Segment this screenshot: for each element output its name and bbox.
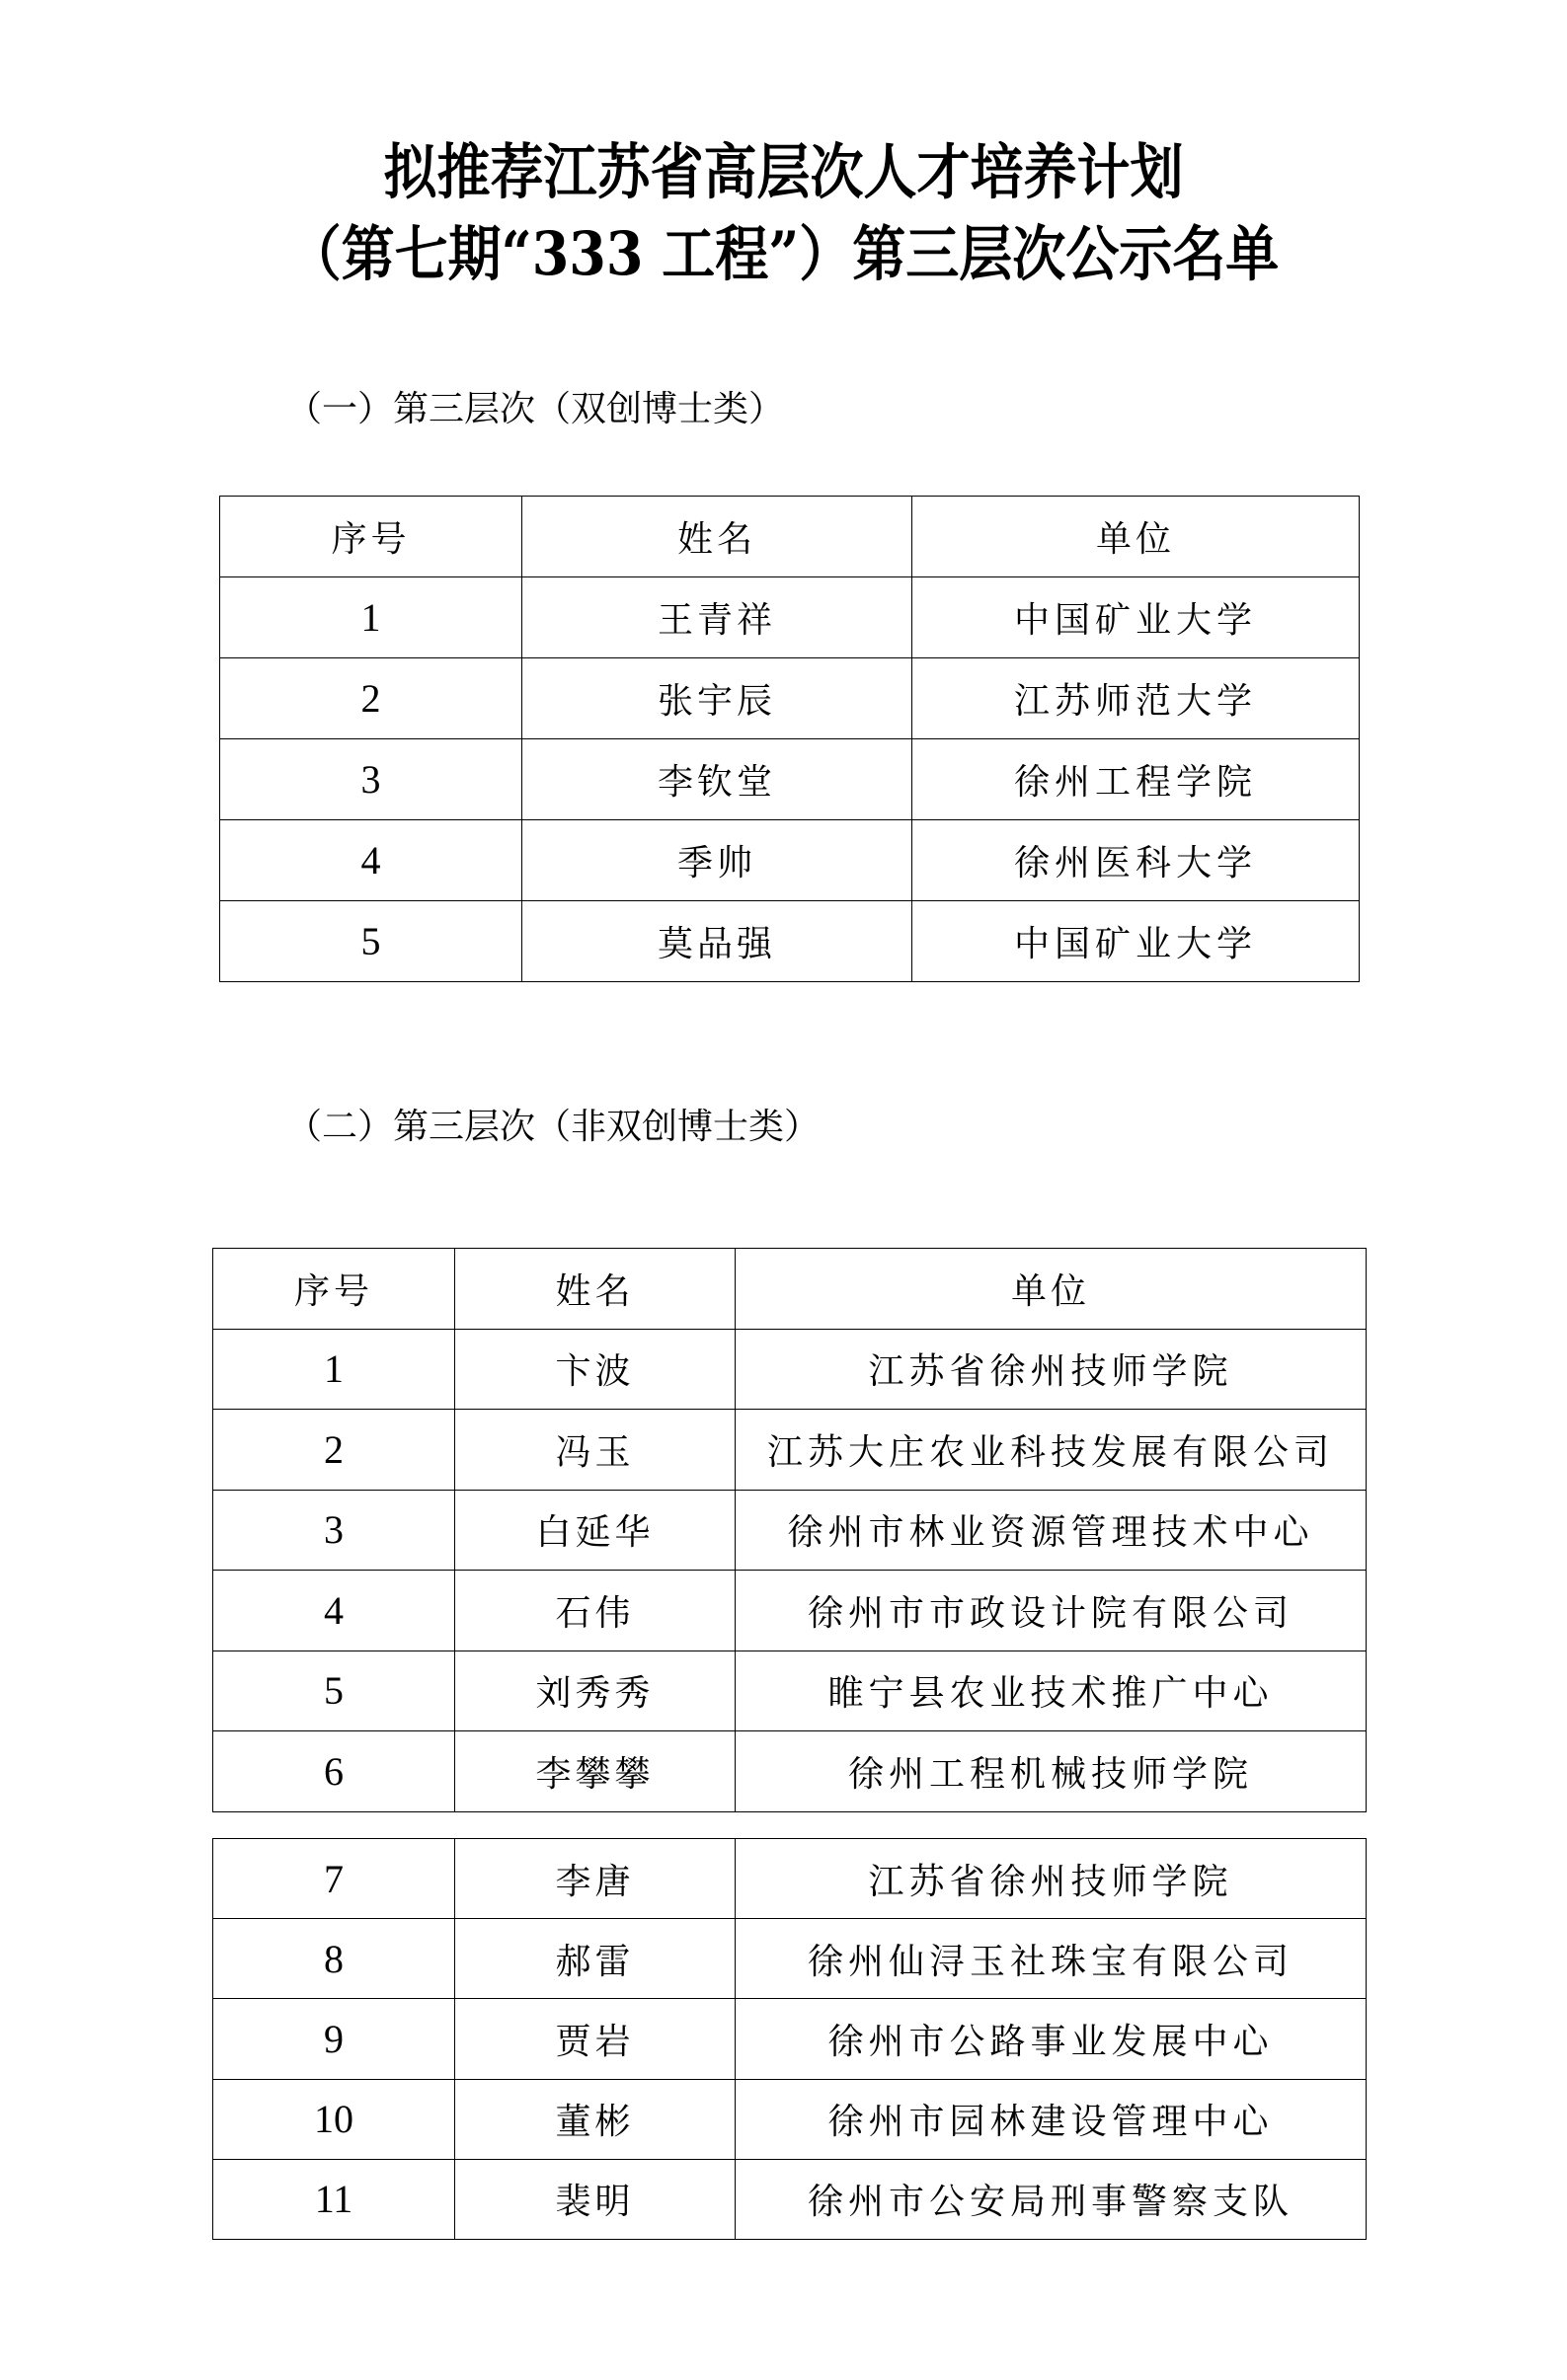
row-unit: 中国矿业大学: [912, 901, 1360, 982]
row-index: 4: [213, 1571, 455, 1651]
table-row: 5 莫品强 中国矿业大学: [220, 901, 1360, 982]
row-unit: 徐州仙浔玉社珠宝有限公司: [736, 1919, 1367, 1999]
table-row: 8 郝雷 徐州仙浔玉社珠宝有限公司: [213, 1919, 1367, 1999]
section1-heading: （一）第三层次（双创博士类）: [286, 388, 784, 431]
row-name: 卞波: [455, 1329, 736, 1410]
row-name: 王青祥: [522, 577, 912, 658]
table-row: 4 石伟 徐州市市政设计院有限公司: [213, 1571, 1367, 1651]
row-name: 季帅: [522, 820, 912, 901]
row-index: 8: [213, 1919, 455, 1999]
row-unit: 徐州市公安局刑事警察支队: [736, 2159, 1367, 2239]
section1-table: 序号 姓名 单位 1 王青祥 中国矿业大学 2 张宇辰 江苏师范大学 3 李钦堂…: [219, 496, 1360, 982]
section2-table-part1: 序号 姓名 单位 1 卞波 江苏省徐州技师学院 2 冯玉 江苏大庄农业科技发展有…: [212, 1248, 1367, 1812]
row-index: 1: [220, 577, 522, 658]
table-row: 6 李攀攀 徐州工程机械技师学院: [213, 1731, 1367, 1812]
row-unit: 江苏大庄农业科技发展有限公司: [736, 1410, 1367, 1491]
document-title-line1: 拟推荐江苏省高层次人才培养计划: [0, 138, 1567, 204]
row-unit: 徐州市公路事业发展中心: [736, 1999, 1367, 2079]
row-index: 2: [213, 1410, 455, 1491]
row-index: 4: [220, 820, 522, 901]
row-name: 张宇辰: [522, 658, 912, 739]
row-unit: 江苏省徐州技师学院: [736, 1839, 1367, 1919]
document-title-line2: （第七期“333 工程”）第三层次公示名单: [0, 220, 1567, 286]
row-name: 李唐: [455, 1839, 736, 1919]
row-index: 2: [220, 658, 522, 739]
row-name: 石伟: [455, 1571, 736, 1651]
table-row: 2 张宇辰 江苏师范大学: [220, 658, 1360, 739]
row-index: 11: [213, 2159, 455, 2239]
row-unit: 徐州市市政设计院有限公司: [736, 1571, 1367, 1651]
table-row: 1 卞波 江苏省徐州技师学院: [213, 1329, 1367, 1410]
row-name: 郝雷: [455, 1919, 736, 1999]
row-index: 3: [220, 739, 522, 820]
table-row: 5 刘秀秀 睢宁县农业技术推广中心: [213, 1651, 1367, 1731]
row-unit: 徐州工程机械技师学院: [736, 1731, 1367, 1812]
table-row: 7 李唐 江苏省徐州技师学院: [213, 1839, 1367, 1919]
header-name: 姓名: [455, 1249, 736, 1330]
table-header-row: 序号 姓名 单位: [220, 497, 1360, 577]
row-name: 刘秀秀: [455, 1651, 736, 1731]
row-index: 9: [213, 1999, 455, 2079]
row-unit: 徐州工程学院: [912, 739, 1360, 820]
row-index: 3: [213, 1490, 455, 1571]
header-index: 序号: [213, 1249, 455, 1330]
section2-table-part2: 7 李唐 江苏省徐州技师学院 8 郝雷 徐州仙浔玉社珠宝有限公司 9 贾岩 徐州…: [212, 1838, 1367, 2240]
row-name: 李钦堂: [522, 739, 912, 820]
row-name: 冯玉: [455, 1410, 736, 1491]
header-index: 序号: [220, 497, 522, 577]
header-name: 姓名: [522, 497, 912, 577]
row-unit: 江苏省徐州技师学院: [736, 1329, 1367, 1410]
row-name: 贾岩: [455, 1999, 736, 2079]
row-name: 裴明: [455, 2159, 736, 2239]
table-row: 10 董彬 徐州市园林建设管理中心: [213, 2079, 1367, 2159]
row-unit: 睢宁县农业技术推广中心: [736, 1651, 1367, 1731]
table-row: 4 季帅 徐州医科大学: [220, 820, 1360, 901]
table-row: 11 裴明 徐州市公安局刑事警察支队: [213, 2159, 1367, 2239]
table-row: 3 白延华 徐州市林业资源管理技术中心: [213, 1490, 1367, 1571]
row-name: 白延华: [455, 1490, 736, 1571]
row-index: 7: [213, 1839, 455, 1919]
row-index: 10: [213, 2079, 455, 2159]
row-unit: 徐州市林业资源管理技术中心: [736, 1490, 1367, 1571]
row-unit: 徐州市园林建设管理中心: [736, 2079, 1367, 2159]
table-row: 2 冯玉 江苏大庄农业科技发展有限公司: [213, 1410, 1367, 1491]
table-row: 9 贾岩 徐州市公路事业发展中心: [213, 1999, 1367, 2079]
table-header-row: 序号 姓名 单位: [213, 1249, 1367, 1330]
section2-heading: （二）第三层次（非双创博士类）: [286, 1106, 820, 1149]
header-unit: 单位: [912, 497, 1360, 577]
row-unit: 徐州医科大学: [912, 820, 1360, 901]
row-index: 6: [213, 1731, 455, 1812]
row-index: 1: [213, 1329, 455, 1410]
row-unit: 江苏师范大学: [912, 658, 1360, 739]
row-name: 李攀攀: [455, 1731, 736, 1812]
row-index: 5: [220, 901, 522, 982]
header-unit: 单位: [736, 1249, 1367, 1330]
row-unit: 中国矿业大学: [912, 577, 1360, 658]
row-name: 莫品强: [522, 901, 912, 982]
table-row: 1 王青祥 中国矿业大学: [220, 577, 1360, 658]
row-index: 5: [213, 1651, 455, 1731]
table-row: 3 李钦堂 徐州工程学院: [220, 739, 1360, 820]
row-name: 董彬: [455, 2079, 736, 2159]
